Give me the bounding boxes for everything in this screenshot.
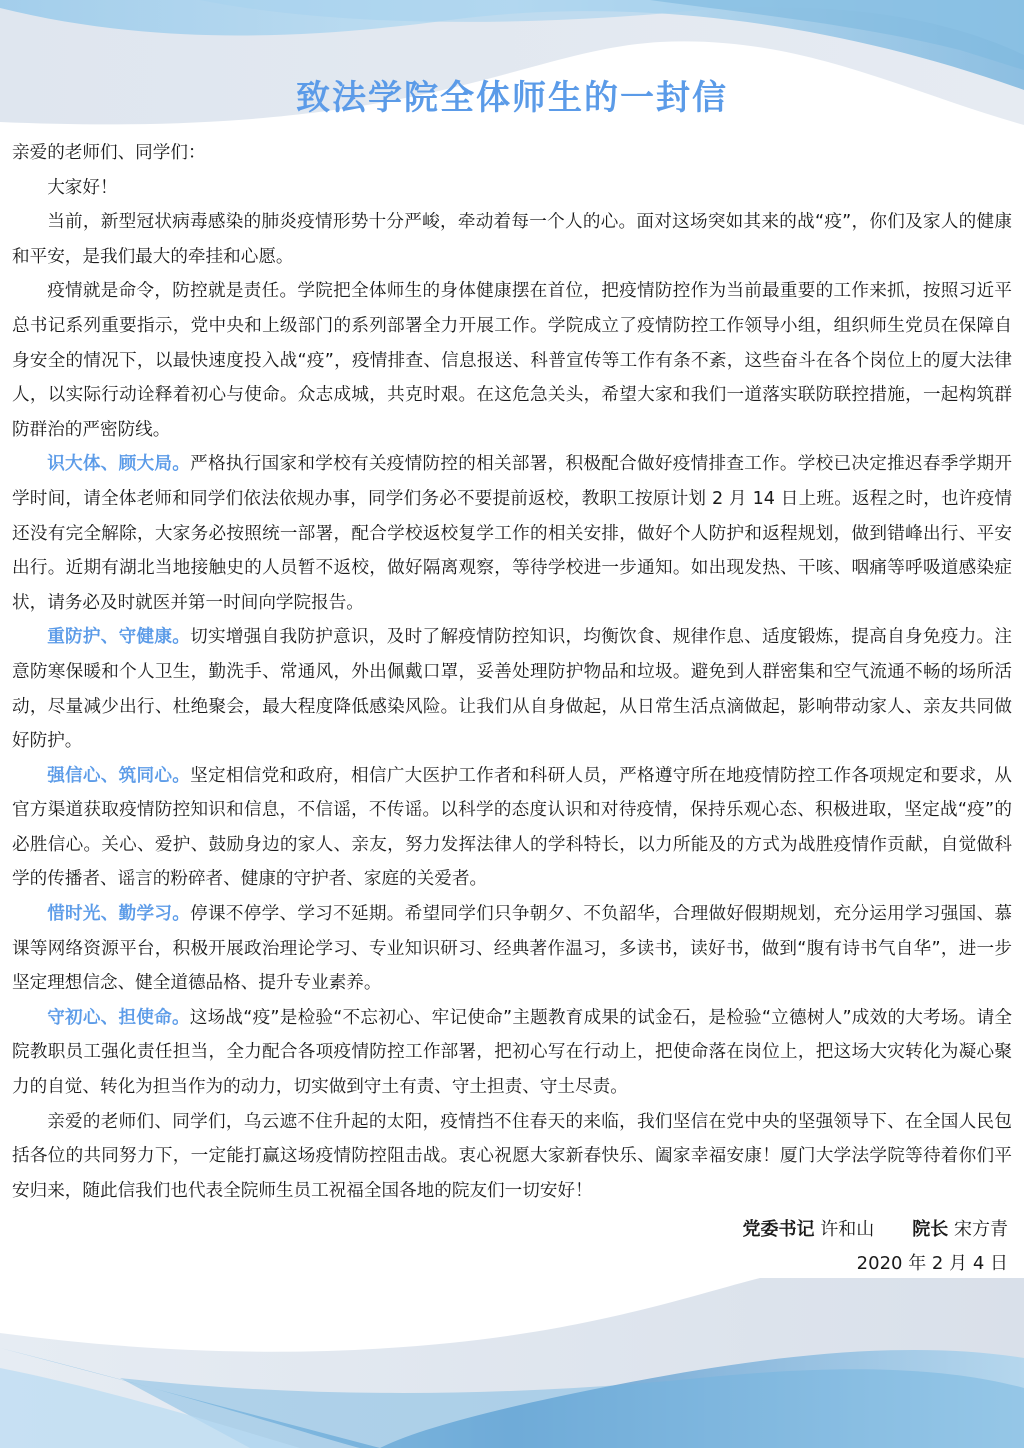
section-heading: 守初心、担使命。 — [47, 1008, 190, 1028]
role-dean: 院长 — [912, 1219, 948, 1240]
name-dean: 宋方青 — [954, 1219, 1008, 1240]
role-party-secretary: 党委书记 — [743, 1219, 815, 1240]
section-heading: 识大体、顾大局。 — [47, 454, 190, 474]
section-heading: 强信心、筑同心。 — [47, 766, 190, 786]
signature-block: 党委书记 许和山院长 宋方青 2020 年 2 月 4 日 — [743, 1213, 1008, 1281]
signatories: 党委书记 许和山院长 宋方青 — [743, 1213, 1008, 1247]
letter-body: 亲爱的老师们、同学们： 大家好！ 当前，新型冠状病毒感染的肺炎疫情形势十分严峻，… — [12, 136, 1012, 1208]
section-big-picture: 识大体、顾大局。严格执行国家和学校有关疫情防控的相关部署，积极配合做好疫情排查工… — [12, 447, 1012, 620]
section-mission: 守初心、担使命。这场战“疫”是检验“不忘初心、牢记使命”主题教育成果的试金石，是… — [12, 1001, 1012, 1105]
section-heading: 惜时光、勤学习。 — [47, 904, 190, 924]
page-title: 致法学院全体师生的一封信 — [0, 70, 1024, 119]
section-protection: 重防护、守健康。切实增强自我防护意识，及时了解疫情防控知识，均衡饮食、规律作息、… — [12, 620, 1012, 758]
name-party-secretary: 许和山 — [820, 1219, 874, 1240]
paragraph-intro: 当前，新型冠状病毒感染的肺炎疫情形势十分严峻，牵动着每一个人的心。面对这场突如其… — [12, 205, 1012, 274]
closing-paragraph: 亲爱的老师们、同学们，乌云遮不住升起的太阳，疫情挡不住春天的来临，我们坚信在党中… — [12, 1105, 1012, 1209]
salutation: 亲爱的老师们、同学们： — [12, 136, 1012, 171]
greeting: 大家好！ — [12, 171, 1012, 206]
bottom-wave-decoration — [0, 1278, 1024, 1448]
section-text: 严格执行国家和学校有关疫情防控的相关部署，积极配合做好疫情排查工作。学校已决定推… — [12, 454, 1012, 612]
section-study: 惜时光、勤学习。停课不停学、学习不延期。希望同学们只争朝夕、不负韶华，合理做好假… — [12, 897, 1012, 1001]
letter-date: 2020 年 2 月 4 日 — [743, 1247, 1008, 1281]
section-heading: 重防护、守健康。 — [47, 627, 190, 647]
paragraph-response: 疫情就是命令，防控就是责任。学院把全体师生的身体健康摆在首位，把疫情防控作为当前… — [12, 274, 1012, 447]
section-confidence: 强信心、筑同心。坚定相信党和政府，相信广大医护工作者和科研人员，严格遵守所在地疫… — [12, 759, 1012, 897]
